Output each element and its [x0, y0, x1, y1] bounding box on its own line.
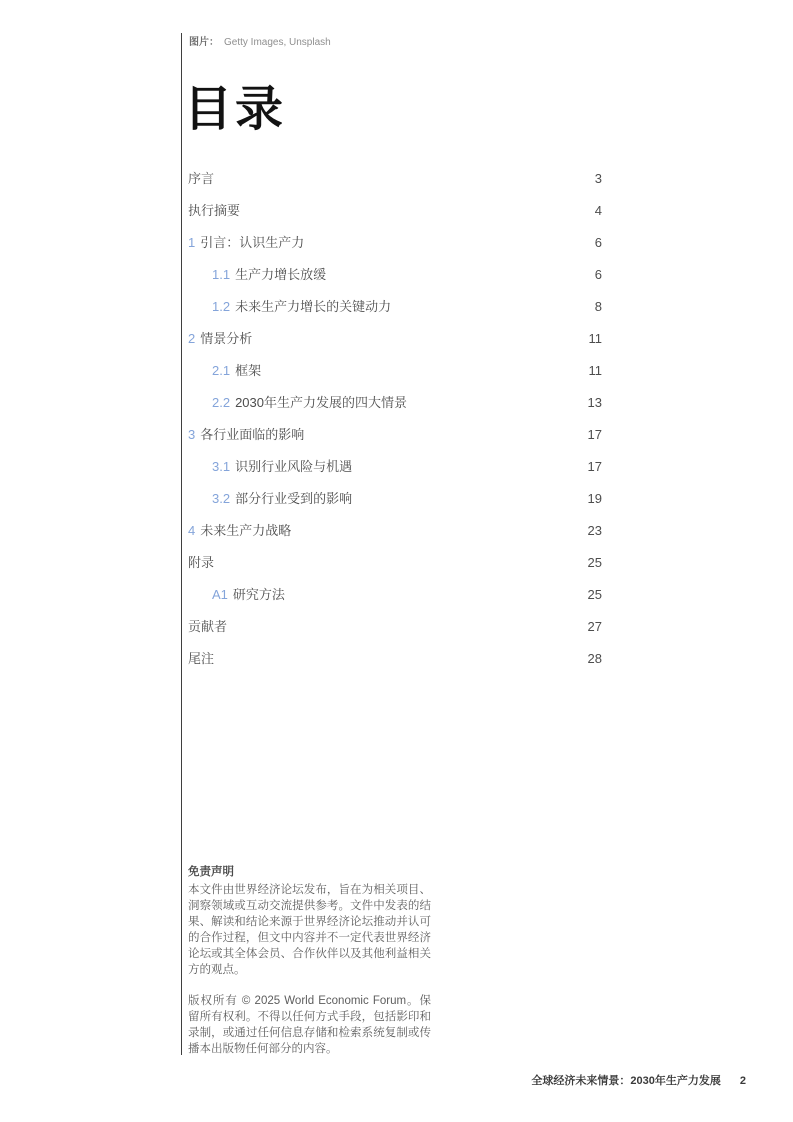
- toc-item-entry: 3.1识别行业风险与机遇: [212, 459, 352, 474]
- toc-item-number: A1: [212, 587, 228, 602]
- toc-item-label: 附录: [188, 555, 214, 570]
- footer-report-title: 全球经济未来情景：2030年生产力发展: [531, 1072, 720, 1088]
- page-title: 目录: [184, 84, 286, 137]
- toc-item-label: 2030年生产力发展的四大情景: [235, 395, 407, 410]
- toc-item-number: 2.1: [212, 363, 230, 378]
- toc-item-entry: 2情景分析: [188, 331, 252, 346]
- toc-item-page: 4: [595, 203, 602, 218]
- toc-item-page: 6: [595, 235, 602, 250]
- toc-item[interactable]: 3.2部分行业受到的影响 19: [188, 491, 602, 523]
- image-credit: 图片：Getty Images, Unsplash: [189, 36, 331, 49]
- toc-item[interactable]: 3.1识别行业风险与机遇 17: [188, 459, 602, 491]
- page-footer: 全球经济未来情景：2030年生产力发展 2: [531, 1072, 746, 1088]
- copyright-notice: 版权所有 © 2025 World Economic Forum。保留所有权利。…: [188, 993, 431, 1057]
- toc-item-label: 序言: [188, 171, 214, 186]
- toc-item-page: 6: [595, 267, 602, 282]
- toc-item-page: 17: [588, 459, 602, 474]
- disclaimer-section: 免责声明 本文件由世界经济论坛发布，旨在为相关项目、洞察领域或互动交流提供参考。…: [188, 864, 431, 1072]
- toc-item-page: 17: [588, 427, 602, 442]
- toc-item-page: 8: [595, 299, 602, 314]
- toc-item-number: 1.1: [212, 267, 230, 282]
- toc-item-number: 3.1: [212, 459, 230, 474]
- toc-item-label: 未来生产力战略: [200, 523, 291, 538]
- toc-item-number: 1.2: [212, 299, 230, 314]
- toc-item-entry: 尾注: [188, 651, 214, 666]
- toc-item[interactable]: 4未来生产力战略 23: [188, 523, 602, 555]
- toc-item[interactable]: 附录 25: [188, 555, 602, 587]
- toc-item-label: 生产力增长放缓: [235, 267, 326, 282]
- toc-item-page: 11: [589, 363, 603, 378]
- footer-page-number: 2: [740, 1075, 746, 1087]
- toc-item-page: 28: [588, 651, 602, 666]
- toc-item-page: 19: [588, 491, 602, 506]
- toc-item[interactable]: 1.1生产力增长放缓 6: [188, 267, 602, 299]
- toc-list: 序言 3 执行摘要 4 1引言：认识生产力 6 1.1生产力增长放缓 6 1.2…: [188, 171, 602, 683]
- toc-item-entry: 3各行业面临的影响: [188, 427, 304, 442]
- toc-item-label: 贡献者: [188, 619, 227, 634]
- toc-item-entry: A1研究方法: [212, 587, 285, 602]
- toc-item[interactable]: 贡献者 27: [188, 619, 602, 651]
- toc-item-label: 情景分析: [200, 331, 252, 346]
- toc-item-label: 各行业面临的影响: [200, 427, 304, 442]
- toc-item-label: 引言：认识生产力: [200, 235, 304, 250]
- image-credit-label: 图片：: [189, 37, 219, 48]
- toc-item[interactable]: 3各行业面临的影响 17: [188, 427, 602, 459]
- toc-item[interactable]: 执行摘要 4: [188, 203, 602, 235]
- toc-item-entry: 2.22030年生产力发展的四大情景: [212, 395, 407, 410]
- toc-item-page: 3: [595, 171, 602, 186]
- disclaimer-body: 本文件由世界经济论坛发布，旨在为相关项目、洞察领域或互动交流提供参考。文件中发表…: [188, 882, 431, 978]
- toc-item-page: 23: [588, 523, 602, 538]
- toc-item-entry: 1.2未来生产力增长的关键动力: [212, 299, 391, 314]
- toc-item-label: 未来生产力增长的关键动力: [235, 299, 391, 314]
- disclaimer-heading: 免责声明: [188, 864, 431, 880]
- toc-item-label: 尾注: [188, 651, 214, 666]
- toc-item-entry: 3.2部分行业受到的影响: [212, 491, 352, 506]
- toc-item-entry: 执行摘要: [188, 203, 240, 218]
- toc-item-number: 3.2: [212, 491, 230, 506]
- toc-item-page: 25: [588, 587, 602, 602]
- document-page: 图片：Getty Images, Unsplash 目录 序言 3 执行摘要 4…: [0, 0, 793, 1122]
- toc-item-entry: 序言: [188, 171, 214, 186]
- image-credit-value: Getty Images, Unsplash: [224, 37, 331, 48]
- toc-item[interactable]: 尾注 28: [188, 651, 602, 683]
- toc-item-entry: 2.1框架: [212, 363, 261, 378]
- toc-item[interactable]: 1引言：认识生产力 6: [188, 235, 602, 267]
- toc-item-entry: 1.1生产力增长放缓: [212, 267, 326, 282]
- toc-item-page: 27: [588, 619, 602, 634]
- toc-item-entry: 1引言：认识生产力: [188, 235, 304, 250]
- toc-item-entry: 附录: [188, 555, 214, 570]
- toc-item-number: 1: [188, 235, 195, 250]
- toc-item-entry: 4未来生产力战略: [188, 523, 291, 538]
- toc-item[interactable]: 2情景分析 11: [188, 331, 602, 363]
- toc-item-label: 框架: [235, 363, 261, 378]
- toc-item-page: 25: [588, 555, 602, 570]
- toc-item-entry: 贡献者: [188, 619, 227, 634]
- toc-item-page: 13: [588, 395, 602, 410]
- toc-item[interactable]: 2.22030年生产力发展的四大情景 13: [188, 395, 602, 427]
- toc-item[interactable]: A1研究方法 25: [188, 587, 602, 619]
- toc-item-label: 研究方法: [233, 587, 285, 602]
- toc-item[interactable]: 2.1框架 11: [188, 363, 602, 395]
- toc-item-number: 2: [188, 331, 195, 346]
- toc-item-label: 执行摘要: [188, 203, 240, 218]
- toc-item[interactable]: 1.2未来生产力增长的关键动力 8: [188, 299, 602, 331]
- margin-rule: [181, 33, 182, 1055]
- toc-item[interactable]: 序言 3: [188, 171, 602, 203]
- toc-item-page: 11: [589, 331, 603, 346]
- toc-item-label: 部分行业受到的影响: [235, 491, 352, 506]
- toc-item-label: 识别行业风险与机遇: [235, 459, 352, 474]
- toc-item-number: 2.2: [212, 395, 230, 410]
- toc-item-number: 4: [188, 523, 195, 538]
- toc-item-number: 3: [188, 427, 195, 442]
